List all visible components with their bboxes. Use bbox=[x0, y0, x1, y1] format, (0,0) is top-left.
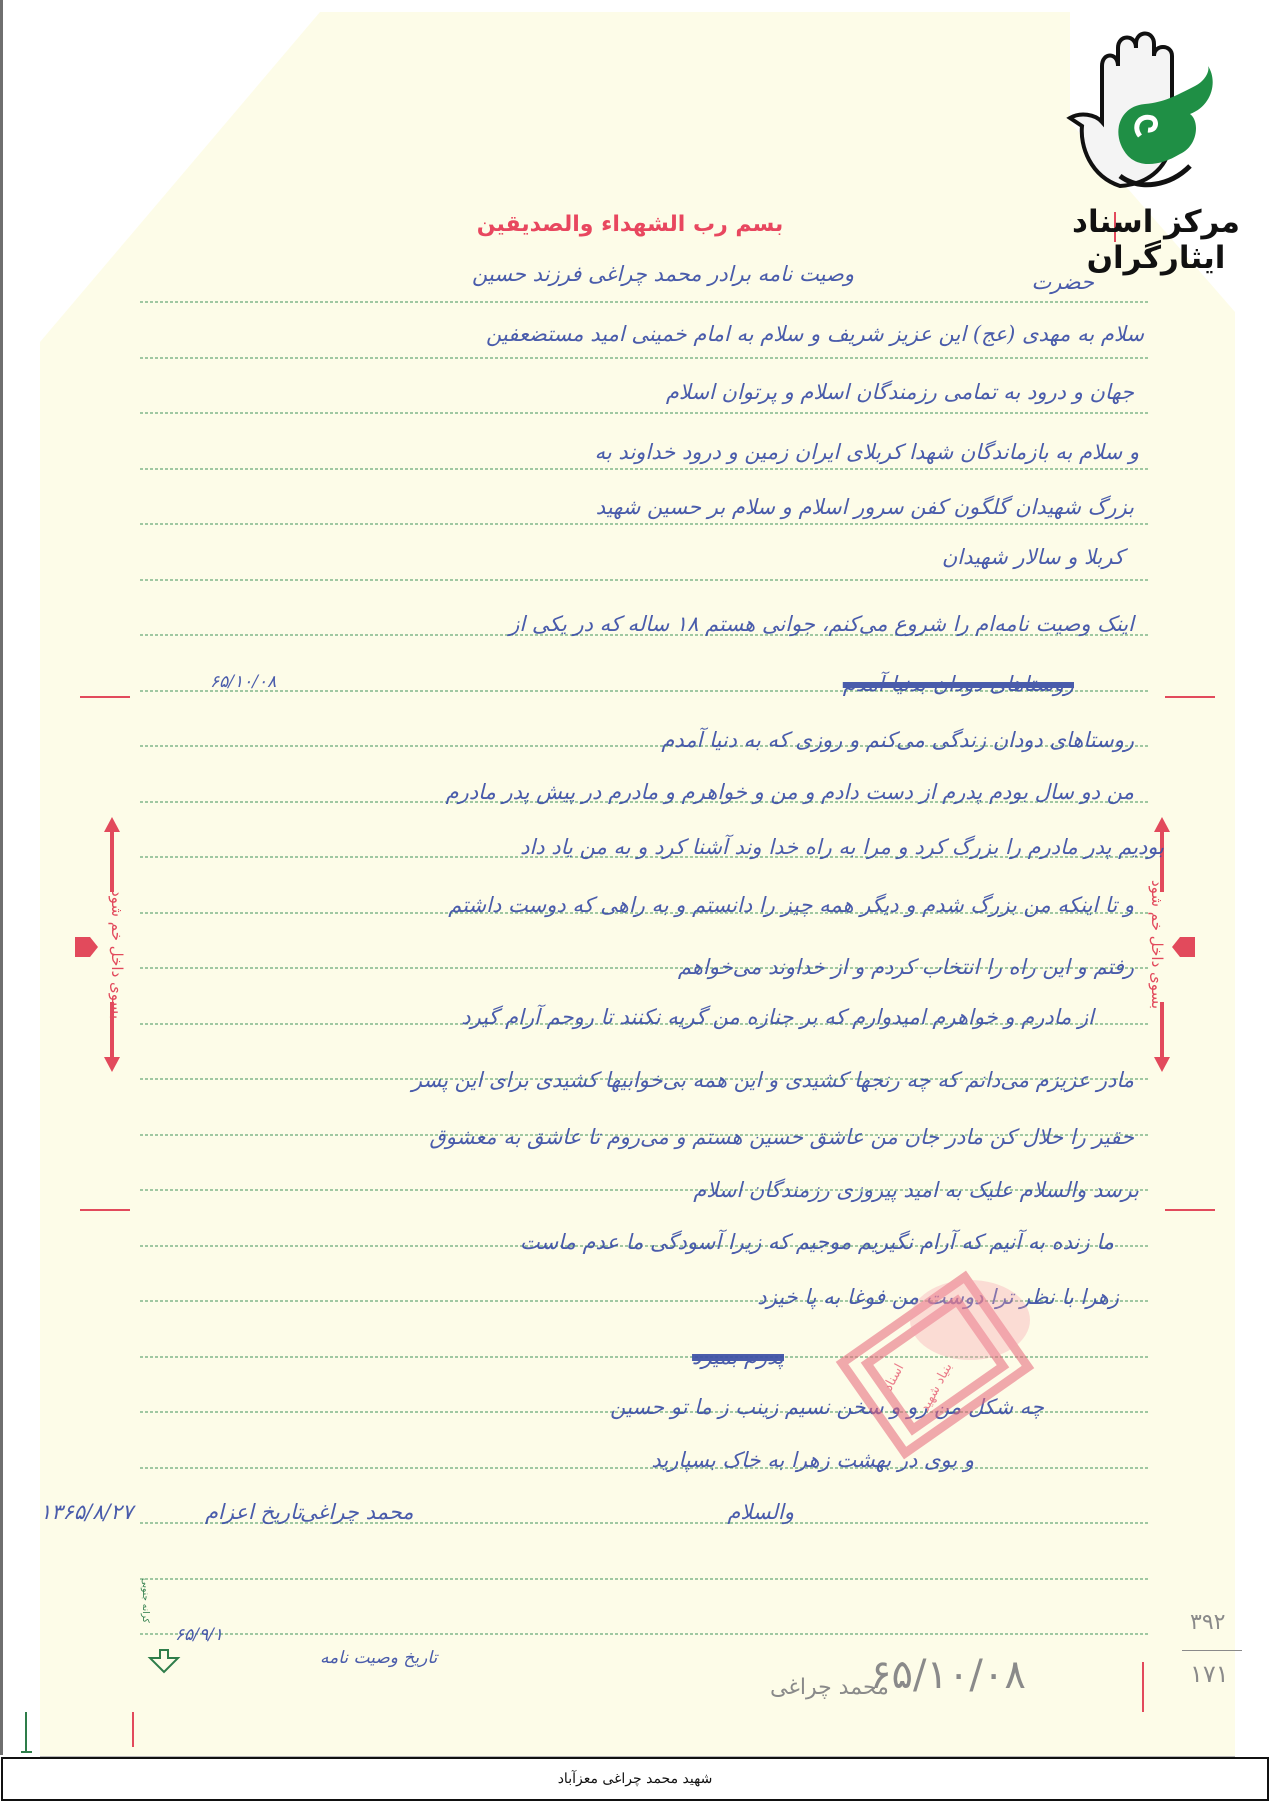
ink-stamp bbox=[820, 1250, 1080, 1470]
handwritten-line: من دو سال بودم پدرم از دست دادم و من و خ… bbox=[446, 780, 1134, 804]
handwritten-line: و تا اینکه من بزرگ شدم و دیگر همه چیز را… bbox=[448, 893, 1134, 917]
struck-line: پدرم بمیرد bbox=[692, 1345, 784, 1369]
handwritten-line: اینک وصیت نامه‌ام را شروع می‌کنم، جوانی … bbox=[509, 612, 1134, 636]
handwritten-line: برسد والسلام علیک به امید پیروزی رزمندگا… bbox=[693, 1178, 1139, 1202]
handwritten-word: حضرت bbox=[1031, 270, 1094, 294]
will-date: ۶۵/۹/۱ bbox=[175, 1625, 223, 1645]
signature-label: تاریخ اعزام bbox=[205, 1500, 302, 1524]
handwritten-line: بزرگ شهیدان گلگون کفن سرور اسلام و سلام … bbox=[596, 495, 1134, 519]
file-number-top: ۳۹۲ bbox=[1190, 1610, 1225, 1635]
file-number-bottom: ۱۷۱ bbox=[1190, 1660, 1229, 1688]
handwritten-line: بودیم پدر مادرم را بزرگ کرد و مرا به راه… bbox=[520, 835, 1164, 859]
handwritten-line: روستاهای دودان زندگی می‌کنم و روزی که به… bbox=[661, 728, 1134, 752]
margin-date: ۶۵/۱۰/۰۸ bbox=[210, 672, 276, 692]
side-label: کرانه جنوبی bbox=[140, 1578, 150, 1623]
dispatch-date: ۱۳۶۵/۸/۲۷ bbox=[40, 1500, 133, 1524]
will-date-label: تاریخ وصیت نامه bbox=[320, 1648, 437, 1668]
handwritten-line: سلام به مهدی (عج) این عزیز شریف و سلام ب… bbox=[486, 322, 1144, 346]
margin-note-right: بسوی داخل خم شود bbox=[1148, 880, 1166, 1009]
handwritten-line: رفتم و این راه را انتخاب کردم و از خداون… bbox=[678, 955, 1134, 979]
will-heading: وصیت نامه برادر محمد چراغی فرزند حسین bbox=[472, 262, 854, 286]
handwritten-line: جهان و درود به تمامی رزمندگان اسلام و پر… bbox=[666, 380, 1134, 404]
scan-edge bbox=[0, 0, 3, 1755]
pencil-date: ۶۵/۱۰/۰۸ bbox=[870, 1652, 1026, 1698]
logo-caption: مرکز اسناد ایثارگران bbox=[1040, 204, 1272, 276]
handwritten-line: از مادرم و خواهرم امیدوارم که بر جنازه م… bbox=[461, 1005, 1094, 1029]
handwritten-line: کربلا و سالار شهیدان bbox=[942, 545, 1124, 569]
fraction-bar bbox=[1182, 1650, 1242, 1651]
pencil-name: محمد چراغی bbox=[770, 1675, 889, 1700]
signature-name: محمد چراغی bbox=[300, 1500, 414, 1524]
handwritten-line: و سلام به بازماندگان شهدا کربلای ایران ز… bbox=[595, 440, 1139, 464]
martyr-name-caption: شهید محمد چراغی معزآباد bbox=[558, 1771, 713, 1787]
handwritten-line: حقیر را حلال کن مادر جان من عاشق حسین هس… bbox=[429, 1125, 1134, 1149]
handwritten-line: مادر عزیزم می‌دانم که چه رنجها کشیدی و ا… bbox=[412, 1068, 1134, 1092]
struck-line: روستاهای دودان بدنیا آمدم bbox=[843, 672, 1074, 696]
caption-bar: شهید محمد چراغی معزآباد bbox=[1, 1757, 1269, 1801]
closing-salutation: والسلام bbox=[727, 1500, 794, 1524]
letterhead-bismillah: بسم رب الشهداء والصدیقین bbox=[420, 212, 840, 237]
margin-note-left: بسوی داخل خم شود bbox=[108, 890, 126, 1019]
